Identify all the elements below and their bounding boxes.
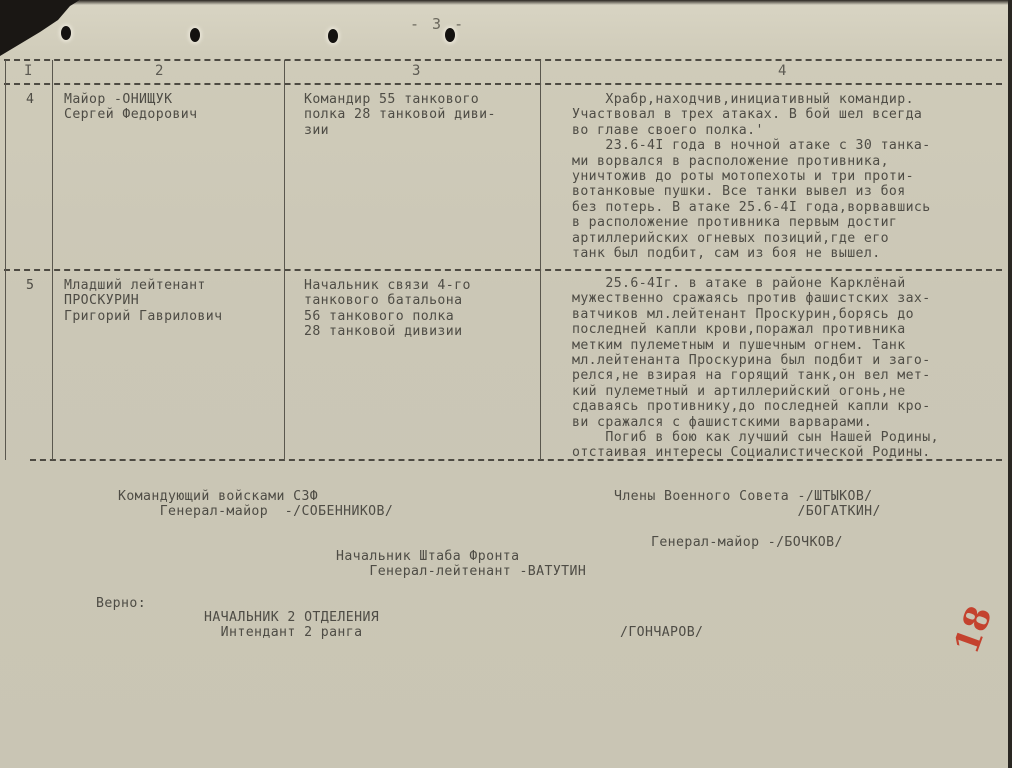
column-header-2: 2 — [155, 63, 163, 79]
table-column-divider — [540, 60, 541, 460]
person-name: Майор -ОНИЩУК Сергей Федорович — [64, 92, 197, 123]
table-rule-row — [4, 269, 1002, 271]
handwritten-page-mark: 18 — [947, 601, 1001, 659]
column-header-3: 3 — [412, 63, 420, 79]
row-number: 5 — [26, 278, 34, 293]
person-position: Командир 55 танкового полка 28 танковой … — [304, 92, 496, 138]
punch-hole — [328, 29, 338, 43]
verifier-name: /ГОНЧАРОВ/ — [620, 625, 703, 640]
feat-description: Храбр,находчив,инициативный командир. Уч… — [572, 92, 931, 261]
feat-description: 25.6-4Iг. в атаке в районе Карклёнай муж… — [572, 276, 939, 461]
document-page: - 3 - I 2 3 4 4 Майор -ОНИЩУК Сергей Фед… — [0, 0, 1012, 768]
signature-council-general: Генерал-майор -/БОЧКОВ/ — [651, 535, 843, 550]
table-rule-top — [4, 59, 1002, 61]
table-column-divider — [52, 60, 53, 460]
page-edge-right — [1008, 0, 1012, 768]
table-rule-header — [4, 83, 1002, 85]
column-header-1: I — [24, 63, 32, 79]
signature-commander: Командующий войсками СЗФ Генерал-майор -… — [118, 489, 393, 520]
table-column-divider — [284, 60, 285, 460]
person-name: Младший лейтенант ПРОСКУРИН Григорий Гав… — [64, 278, 222, 324]
row-number: 4 — [26, 92, 34, 107]
table-column-divider — [5, 60, 6, 460]
person-position: Начальник связи 4-го танкового батальона… — [304, 278, 471, 340]
signature-chief-of-staff: Начальник Штаба Фронта Генерал-лейтенант… — [336, 549, 586, 580]
page-number: - 3 - — [410, 15, 465, 33]
column-header-4: 4 — [778, 63, 786, 79]
page-edge-shadow — [60, 0, 1012, 5]
punch-hole — [190, 28, 200, 42]
signature-military-council: Члены Военного Совета -/ШТЫКОВ/ /БОГАТКИ… — [614, 489, 881, 520]
verified-label: Верно: — [96, 596, 146, 611]
verifier-title: НАЧАЛЬНИК 2 ОТДЕЛЕНИЯ Интендант 2 ранга — [204, 610, 379, 641]
punch-hole — [61, 26, 71, 40]
